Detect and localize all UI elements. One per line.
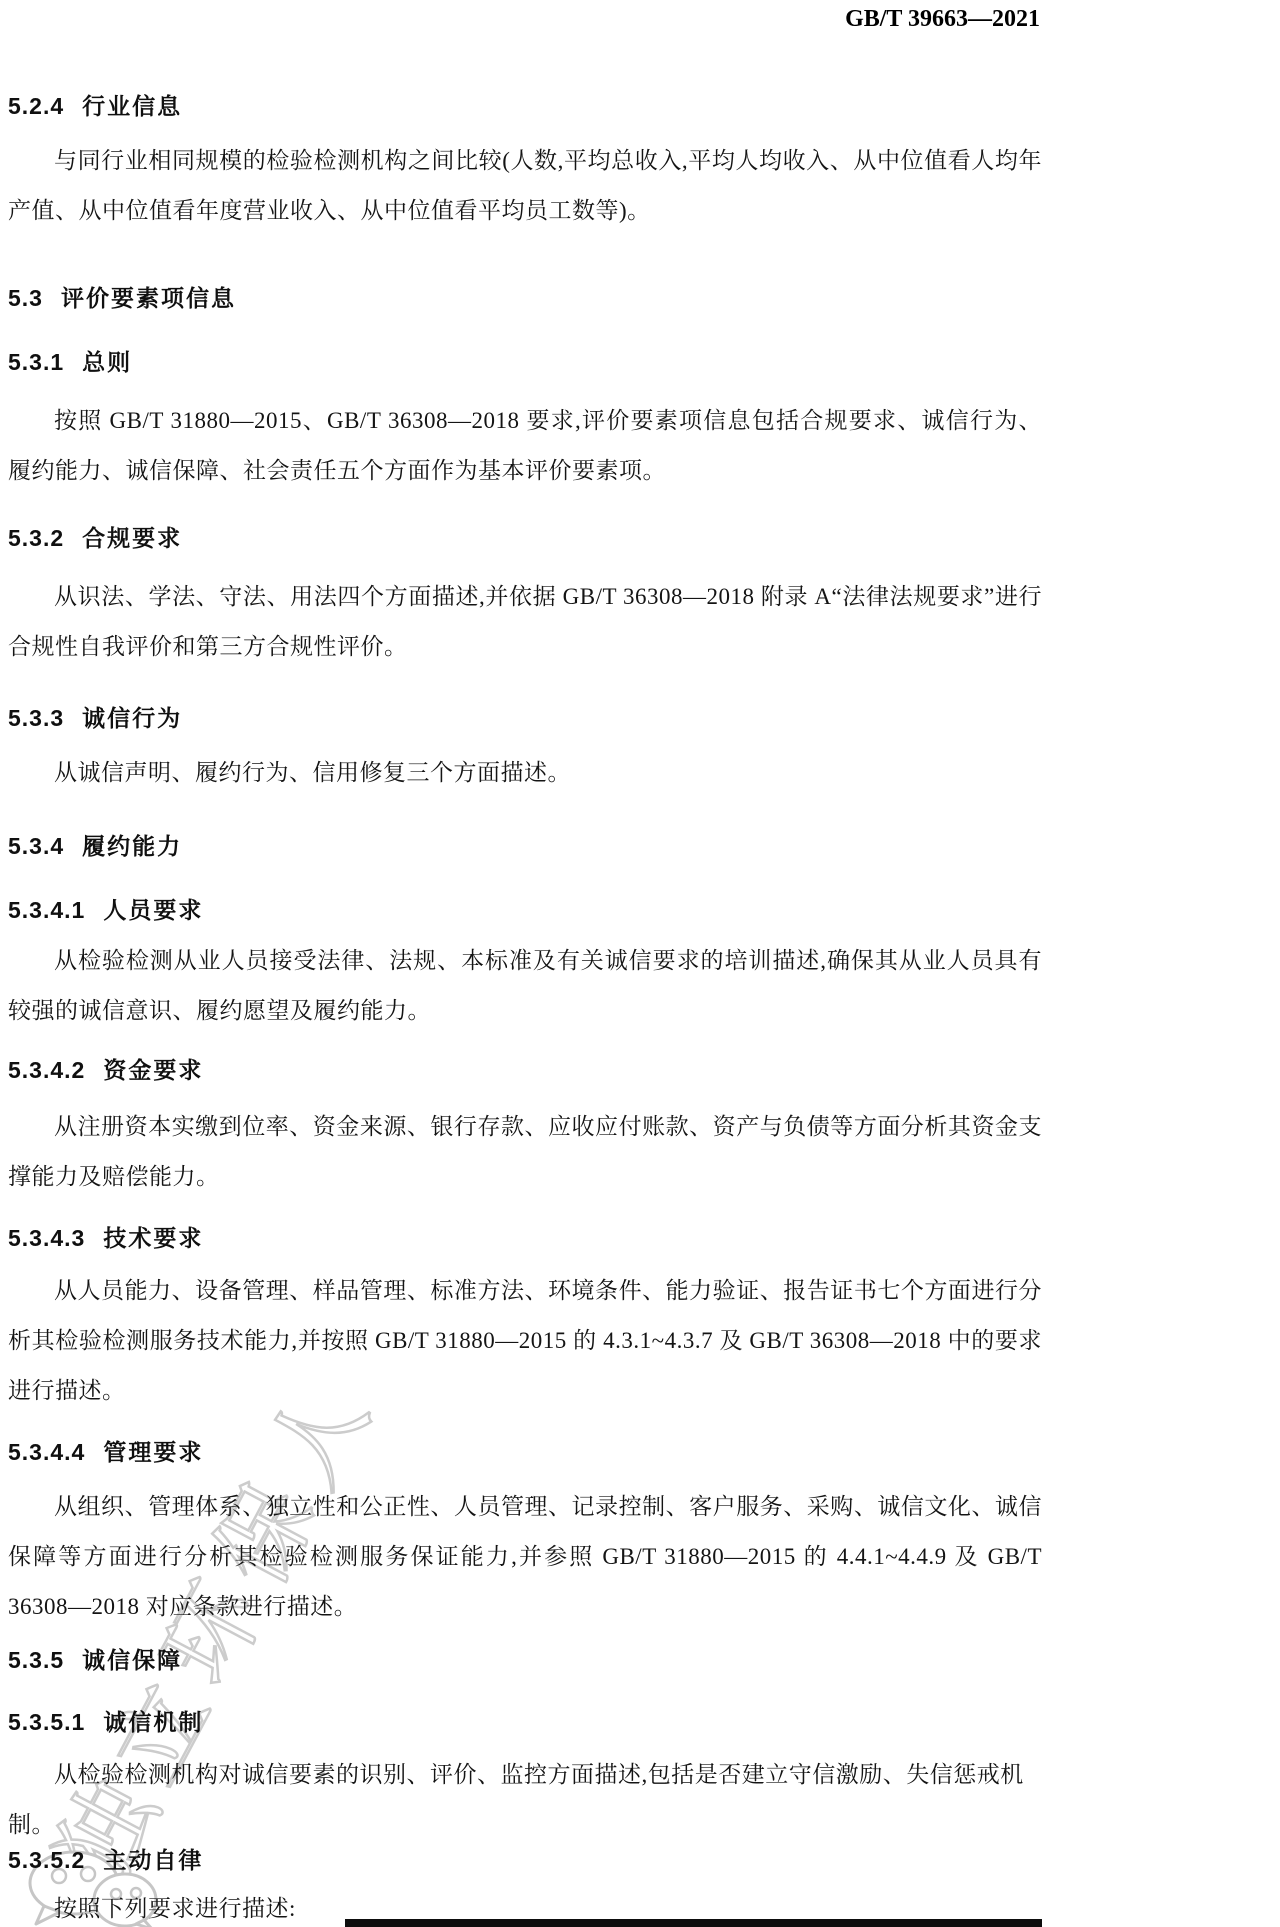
section-heading-5-3-3: 5.3.3诚信行为	[8, 700, 182, 733]
section-title: 人员要求	[103, 897, 203, 923]
section-heading-5-3-4-1: 5.3.4.1人员要求	[8, 892, 203, 925]
section-number: 5.3.2	[8, 525, 64, 552]
section-heading-5-3-4-2: 5.3.4.2资金要求	[8, 1052, 203, 1085]
section-number: 5.3.4.3	[8, 1225, 85, 1252]
paragraph-funds: 从注册资本实缴到位率、资金来源、银行存款、应收应付账款、资产与负债等方面分析其资…	[8, 1102, 1042, 1202]
section-number: 5.3.1	[8, 349, 64, 376]
section-number: 5.3.4	[8, 833, 64, 860]
section-heading-5-2-4: 5.2.4行业信息	[8, 88, 182, 121]
section-number: 5.3.4.4	[8, 1439, 85, 1466]
section-number: 5.3.4.1	[8, 897, 85, 924]
section-heading-5-3-4: 5.3.4履约能力	[8, 828, 182, 861]
section-title: 合规要求	[82, 525, 182, 551]
section-number: 5.3.5.2	[8, 1847, 85, 1874]
paragraph-compliance: 从识法、学法、守法、用法四个方面描述,并依据 GB/T 36308—2018 附…	[8, 572, 1042, 672]
paragraph-integrity-mechanism: 从检验检测机构对诚信要素的识别、评价、监控方面描述,包括是否建立守信激励、失信惩…	[8, 1750, 1042, 1850]
section-title: 管理要求	[103, 1439, 203, 1465]
section-heading-5-3-2: 5.3.2合规要求	[8, 520, 182, 553]
section-number: 5.2.4	[8, 93, 64, 120]
paragraph-management: 从组织、管理体系、独立性和公正性、人员管理、记录控制、客户服务、采购、诚信文化、…	[8, 1482, 1042, 1632]
section-title: 技术要求	[103, 1225, 203, 1251]
paragraph-technical: 从人员能力、设备管理、样品管理、标准方法、环境条件、能力验证、报告证书七个方面进…	[8, 1266, 1042, 1416]
section-title: 资金要求	[103, 1057, 203, 1083]
section-heading-5-3-1: 5.3.1总则	[8, 344, 132, 377]
section-heading-5-3-4-3: 5.3.4.3技术要求	[8, 1220, 203, 1253]
section-number: 5.3.5	[8, 1647, 64, 1674]
section-title: 主动自律	[103, 1847, 203, 1873]
document-page: GB/T 39663—2021 独立环保人 5.2.4行业信息 与同行业相同规模…	[0, 0, 1280, 1927]
section-title: 诚信机制	[103, 1709, 203, 1735]
section-number: 5.3.3	[8, 705, 64, 732]
section-title: 评价要素项信息	[61, 285, 236, 311]
section-heading-5-3-5: 5.3.5诚信保障	[8, 1642, 182, 1675]
cropped-next-element-edge	[345, 1919, 1042, 1927]
paragraph-integrity-behavior: 从诚信声明、履约行为、信用修复三个方面描述。	[8, 748, 1042, 798]
paragraph-personnel: 从检验检测从业人员接受法律、法规、本标准及有关诚信要求的培训描述,确保其从业人员…	[8, 936, 1042, 1036]
section-title: 诚信保障	[82, 1647, 182, 1673]
section-title: 总则	[82, 349, 132, 375]
paragraph-industry-info: 与同行业相同规模的检验检测机构之间比较(人数,平均总收入,平均人均收入、从中位值…	[8, 136, 1042, 236]
section-number: 5.3	[8, 285, 43, 312]
section-heading-5-3-5-2: 5.3.5.2主动自律	[8, 1842, 203, 1875]
paragraph-general-rules: 按照 GB/T 31880—2015、GB/T 36308—2018 要求,评价…	[8, 396, 1042, 496]
section-heading-5-3: 5.3评价要素项信息	[8, 280, 236, 313]
standard-number: GB/T 39663—2021	[0, 6, 1040, 33]
section-title: 履约能力	[82, 833, 182, 859]
section-title: 诚信行为	[82, 705, 182, 731]
section-heading-5-3-5-1: 5.3.5.1诚信机制	[8, 1704, 203, 1737]
section-number: 5.3.4.2	[8, 1057, 85, 1084]
section-heading-5-3-4-4: 5.3.4.4管理要求	[8, 1434, 203, 1467]
section-title: 行业信息	[82, 93, 182, 119]
section-number: 5.3.5.1	[8, 1709, 85, 1736]
